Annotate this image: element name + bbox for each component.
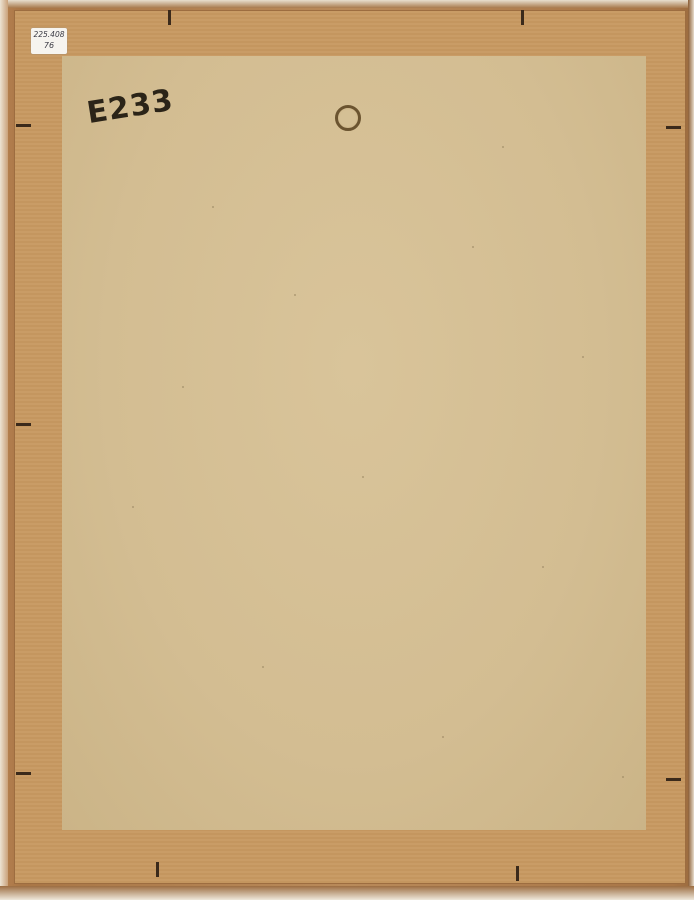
speck: [262, 666, 264, 668]
nail: [16, 423, 31, 426]
nail: [516, 866, 519, 881]
speck: [622, 776, 624, 778]
frame-edge-left: [0, 0, 8, 900]
speck: [442, 736, 444, 738]
frame-edge-top: [0, 0, 694, 8]
speck: [582, 356, 584, 358]
speck: [132, 506, 134, 508]
speck: [294, 294, 296, 296]
brass-ring-icon: [335, 105, 361, 131]
speck: [502, 146, 504, 148]
inventory-sticker: 225.408 76: [31, 28, 67, 54]
speck: [182, 386, 184, 388]
speck: [472, 246, 474, 248]
nail: [156, 862, 159, 877]
cardboard-backing-board: [62, 56, 646, 830]
speck: [212, 206, 214, 208]
nail: [16, 124, 31, 127]
nail: [521, 10, 524, 25]
sticker-code: 76: [31, 41, 67, 50]
nail: [666, 778, 681, 781]
frame-edge-right: [688, 0, 694, 900]
speck: [542, 566, 544, 568]
nail: [666, 126, 681, 129]
nail: [168, 10, 171, 25]
sticker-number: 225.408: [31, 30, 67, 39]
speck: [362, 476, 364, 478]
frame-edge-bottom: [0, 886, 694, 900]
nail: [16, 772, 31, 775]
